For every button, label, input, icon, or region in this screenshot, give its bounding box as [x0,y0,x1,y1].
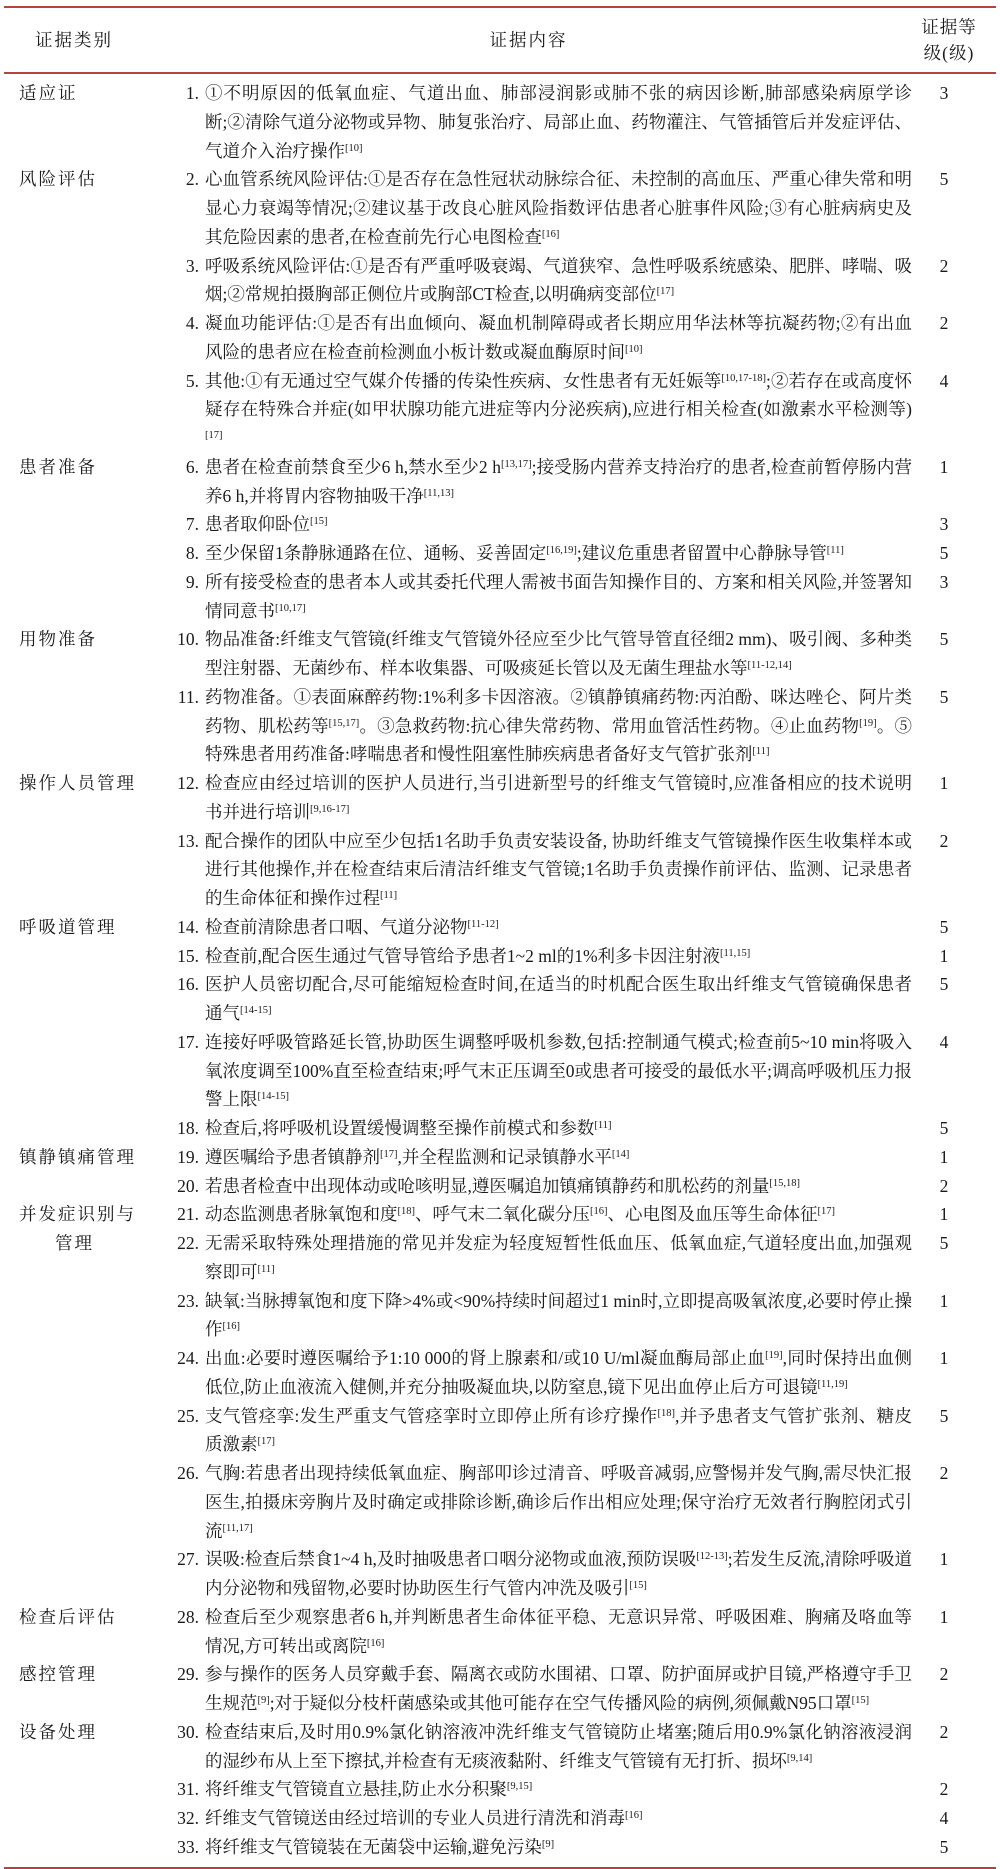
item-content: 配合操作的团队中应至少包括1名助手负责安装设备, 协助纤维支气管镜操作医生收集样… [205,827,912,913]
item-content: 检查应由经过培训的医护人员进行,当引进新型号的纤维支气管镜时,应准备相应的技术说… [205,769,912,827]
category-label-line: 适应证 [19,79,149,108]
category-group: 检查后评估 28. 检查后至少观察患者6 h,并判断患者生命体征平稳、无意识异常… [19,1603,970,1661]
evidence-row: 11. 药物准备。①表面麻醉药物:1%利多卡因溶液。②镇静镇痛药物:丙泊酚、咪达… [149,683,970,769]
evidence-row: 24. 出血:必要时遵医嘱给予1:10 000的肾上腺素和/或10 U/ml凝血… [149,1344,970,1402]
header-category: 证据类别 [19,27,169,53]
evidence-level: 2 [918,1660,970,1689]
category-label: 患者准备 [19,453,149,482]
evidence-row: 33. 将纤维支气管镜装在无菌袋中运输,避免污染[9] 5 [149,1833,970,1862]
evidence-level: 1 [918,1287,970,1316]
item-number: 24. [149,1344,199,1373]
reference-marker: [17] [818,1206,836,1217]
evidence-level: 5 [918,970,970,999]
evidence-level: 2 [918,252,970,281]
evidence-row: 12. 检查应由经过培训的医护人员进行,当引进新型号的纤维支气管镜时,应准备相应… [149,769,970,827]
reference-marker: [11-12,14] [748,660,792,671]
evidence-level: 4 [918,1028,970,1057]
evidence-row: 15. 检查前,配合医生通过气管导管给予患者1~2 ml的1%利多卡因注射液[1… [149,942,970,971]
evidence-row: 10. 物品准备:纤维支气管镜(纤维支气管镜外径应至少比气管导管直径细2 mm)… [149,625,970,683]
item-number: 17. [149,1028,199,1057]
evidence-row: 29. 参与操作的医务人员穿戴手套、隔离衣或防水围裙、口罩、防护面屏或护目镜,严… [149,1660,970,1718]
item-number: 21. [149,1200,199,1229]
item-content: 纤维支气管镜送由经过培训的专业人员进行清洗和消毒[16] [205,1804,912,1833]
evidence-row: 5. 其他:①有无通过空气媒介传播的传染性疾病、女性患者有无妊娠等[10,17-… [149,367,970,453]
item-content: 动态监测患者脉氧饱和度[18]、呼气末二氧化碳分压[16]、心电图及血压等生命体… [205,1200,912,1229]
reference-marker: [10] [625,344,643,355]
reference-marker: [9,15] [507,1781,532,1792]
reference-marker: [16] [590,1206,608,1217]
item-number: 9. [149,568,199,597]
category-group: 风险评估 2. 心血管系统风险评估:①是否存在急性冠状动脉综合征、未控制的高血压… [19,165,970,453]
category-label-line: 患者准备 [19,453,149,482]
category-items: 1. ①不明原因的低氧血症、气道出血、肺部浸润影或肺不张的病因诊断,肺部感染病原… [149,79,970,165]
reference-marker: [19] [765,1350,783,1361]
table-rule-bottom [4,1867,996,1869]
reference-marker: [11,19] [818,1379,848,1390]
category-label-line: 镇静镇痛管理 [19,1143,149,1172]
category-group: 并发症识别与管理 21. 动态监测患者脉氧饱和度[18]、呼气末二氧化碳分压[1… [19,1200,970,1603]
evidence-level: 2 [918,1172,970,1201]
item-content: 检查前清除患者口咽、气道分泌物[11-12] [205,913,912,942]
header-content: 证据内容 [169,27,888,53]
evidence-level: 2 [918,827,970,856]
reference-marker: [11] [752,746,769,757]
item-number: 11. [149,683,199,712]
item-number: 3. [149,252,199,281]
evidence-level: 1 [918,942,970,971]
item-number: 2. [149,165,199,194]
evidence-row: 4. 凝血功能评估:①是否有出血倾向、凝血机制障碍或者长期应用华法林等抗凝药物;… [149,309,970,367]
evidence-row: 13. 配合操作的团队中应至少包括1名助手负责安装设备, 协助纤维支气管镜操作医… [149,827,970,913]
category-items: 12. 检查应由经过培训的医护人员进行,当引进新型号的纤维支气管镜时,应准备相应… [149,769,970,913]
evidence-level: 5 [918,1833,970,1862]
item-content: 连接好呼吸管路延长管,协助医生调整呼吸机参数,包括:控制通气模式;检查前5~10… [205,1028,912,1114]
item-content: 患者取仰卧位[15] [205,510,912,539]
evidence-level: 5 [918,1229,970,1258]
evidence-row: 26. 气胸:若患者出现持续低氧血症、胸部叩诊过清音、呼吸音减弱,应警惕并发气胸… [149,1459,970,1545]
evidence-level: 3 [918,510,970,539]
evidence-level: 3 [918,79,970,108]
item-number: 29. [149,1660,199,1689]
category-label-line: 操作人员管理 [19,769,149,798]
reference-marker: [10,17] [275,603,306,614]
reference-marker: [11,15] [720,948,750,959]
evidence-row: 14. 检查前清除患者口咽、气道分泌物[11-12] 5 [149,913,970,942]
item-number: 5. [149,367,199,396]
category-items: 10. 物品准备:纤维支气管镜(纤维支气管镜外径应至少比气管导管直径细2 mm)… [149,625,970,769]
reference-marker: [16] [542,229,560,240]
category-label: 风险评估 [19,165,149,194]
item-content: 其他:①有无通过空气媒介传播的传染性疾病、女性患者有无妊娠等[10,17-18]… [205,367,912,453]
item-content: 缺氧:当脉搏氧饱和度下降>4%或<90%持续时间超过1 min时,立即提高吸氧浓… [205,1287,912,1345]
evidence-level: 1 [918,1143,970,1172]
evidence-row: 6. 患者在检查前禁食至少6 h,禁水至少2 h[13,17];接受肠内营养支持… [149,453,970,511]
item-number: 14. [149,913,199,942]
evidence-row: 30. 检查结束后,及时用0.9%氯化钠溶液冲洗纤维支气管镜防止堵塞;随后用0.… [149,1718,970,1776]
evidence-row: 21. 动态监测患者脉氧饱和度[18]、呼气末二氧化碳分压[16]、心电图及血压… [149,1200,970,1229]
category-group: 设备处理 30. 检查结束后,及时用0.9%氯化钠溶液冲洗纤维支气管镜防止堵塞;… [19,1718,970,1862]
table-header-row: 证据类别 证据内容 证据等级(级) [0,8,1000,72]
evidence-level: 2 [918,1775,970,1804]
category-label: 感控管理 [19,1660,149,1689]
item-content: 检查前,配合医生通过气管导管给予患者1~2 ml的1%利多卡因注射液[11,15… [205,942,912,971]
item-content: 检查结束后,及时用0.9%氯化钠溶液冲洗纤维支气管镜防止堵塞;随后用0.9%氯化… [205,1718,912,1776]
item-content: 凝血功能评估:①是否有出血倾向、凝血机制障碍或者长期应用华法林等抗凝药物;②有出… [205,309,912,367]
reference-marker: [16,19] [546,545,577,556]
reference-marker: [11] [258,1264,275,1275]
item-content: 所有接受检查的患者本人或其委托代理人需被书面告知操作目的、方案和相关风险,并签署… [205,568,912,626]
category-label: 用物准备 [19,625,149,654]
item-content: 药物准备。①表面麻醉药物:1%利多卡因溶液。②镇静镇痛药物:丙泊酚、咪达唑仑、阿… [205,683,912,769]
item-content: 检查后至少观察患者6 h,并判断患者生命体征平稳、无意识异常、呼吸困难、胸痛及咯… [205,1603,912,1661]
reference-marker: [16] [367,1638,385,1649]
item-number: 4. [149,309,199,338]
reference-marker: [15,17] [329,718,360,729]
item-number: 33. [149,1833,199,1862]
item-number: 10. [149,625,199,654]
category-label: 镇静镇痛管理 [19,1143,149,1172]
reference-marker: [15] [629,1580,647,1591]
evidence-level: 5 [918,1114,970,1143]
reference-marker: [11] [594,1120,611,1131]
reference-marker: [17] [380,1149,398,1160]
reference-marker: [15] [852,1695,870,1706]
evidence-row: 31. 将纤维支气管镜直立悬挂,防止水分积聚[9,15] 2 [149,1775,970,1804]
evidence-level: 5 [918,683,970,712]
item-number: 12. [149,769,199,798]
item-content: 出血:必要时遵医嘱给予1:10 000的肾上腺素和/或10 U/ml凝血酶局部止… [205,1344,912,1402]
evidence-level: 5 [918,1402,970,1431]
reference-marker: [9] [258,1695,270,1706]
category-items: 2. 心血管系统风险评估:①是否存在急性冠状动脉综合征、未控制的高血压、严重心律… [149,165,970,453]
category-label: 设备处理 [19,1718,149,1747]
header-evidence-level: 证据等级(级) [914,14,984,66]
evidence-row: 1. ①不明原因的低氧血症、气道出血、肺部浸润影或肺不张的病因诊断,肺部感染病原… [149,79,970,165]
item-number: 7. [149,510,199,539]
item-number: 1. [149,79,199,108]
reference-marker: [15] [310,516,328,527]
evidence-row: 3. 呼吸系统风险评估:①是否有严重呼吸衰竭、气道狭窄、急性呼吸系统感染、肥胖、… [149,252,970,310]
item-content: 支气管痉挛:发生严重支气管痉挛时立即停止所有诊疗操作[18],并予患者支气管扩张… [205,1402,912,1460]
item-content: ①不明原因的低氧血症、气道出血、肺部浸润影或肺不张的病因诊断,肺部感染病原学诊断… [205,79,912,165]
item-content: 遵医嘱给予患者镇静剂[17],并全程监测和记录镇静水平[14] [205,1143,912,1172]
category-label: 适应证 [19,79,149,108]
item-number: 18. [149,1114,199,1143]
reference-marker: [11-12] [468,919,499,930]
item-content: 无需采取特殊处理措施的常见并发症为轻度短暂性低血压、低氧血症,气道轻度出血,加强… [205,1229,912,1287]
evidence-row: 25. 支气管痉挛:发生严重支气管痉挛时立即停止所有诊疗操作[18],并予患者支… [149,1402,970,1460]
evidence-row: 28. 检查后至少观察患者6 h,并判断患者生命体征平稳、无意识异常、呼吸困难、… [149,1603,970,1661]
item-number: 31. [149,1775,199,1804]
evidence-level: 4 [918,1804,970,1833]
category-group: 感控管理 29. 参与操作的医务人员穿戴手套、隔离衣或防水围裙、口罩、防护面屏或… [19,1660,970,1718]
evidence-row: 20. 若患者检查中出现体动或呛咳明显,遵医嘱追加镇痛镇静药和肌松药的剂量[15… [149,1172,970,1201]
evidence-level: 4 [918,367,970,396]
item-number: 19. [149,1143,199,1172]
category-items: 14. 检查前清除患者口咽、气道分泌物[11-12] 5 15. 检查前,配合医… [149,913,970,1143]
category-items: 6. 患者在检查前禁食至少6 h,禁水至少2 h[13,17];接受肠内营养支持… [149,453,970,626]
category-items: 28. 检查后至少观察患者6 h,并判断患者生命体征平稳、无意识异常、呼吸困难、… [149,1603,970,1661]
reference-marker: [17] [258,1436,276,1447]
reference-marker: [11,17] [223,1523,253,1534]
evidence-level: 3 [918,568,970,597]
evidence-row: 16. 医护人员密切配合,尽可能缩短检查时间,在适当的时机配合医生取出纤维支气管… [149,970,970,1028]
reference-marker: [14] [612,1149,630,1160]
evidence-level: 2 [918,1459,970,1488]
evidence-level: 5 [918,913,970,942]
item-number: 25. [149,1402,199,1431]
reference-marker: [15,18] [769,1178,800,1189]
reference-marker: [9,16-17] [310,804,349,815]
category-label-line: 检查后评估 [19,1603,149,1632]
reference-marker: [16] [625,1810,643,1821]
item-content: 检查后,将呼吸机设置缓慢调整至操作前模式和参数[11] [205,1114,912,1143]
evidence-row: 19. 遵医嘱给予患者镇静剂[17],并全程监测和记录镇静水平[14] 1 [149,1143,970,1172]
item-content: 呼吸系统风险评估:①是否有严重呼吸衰竭、气道狭窄、急性呼吸系统感染、肥胖、哮喘、… [205,252,912,310]
category-label: 呼吸道管理 [19,913,149,942]
evidence-level: 2 [918,1718,970,1747]
item-number: 6. [149,453,199,482]
table-body: 适应证 1. ①不明原因的低氧血症、气道出血、肺部浸润影或肺不张的病因诊断,肺部… [0,74,1000,1862]
evidence-level: 1 [918,1545,970,1574]
reference-marker: [11] [380,890,397,901]
evidence-row: 32. 纤维支气管镜送由经过培训的专业人员进行清洗和消毒[16] 4 [149,1804,970,1833]
evidence-row: 8. 至少保留1条静脉通路在位、通畅、妥善固定[16,19];建议危重患者留置中… [149,539,970,568]
category-label-line: 管理 [19,1229,149,1258]
reference-marker: [9,14] [787,1753,812,1764]
item-content: 误吸:检查后禁食1~4 h,及时抽吸患者口咽分泌物或血液,预防误吸[12-13]… [205,1545,912,1603]
category-label: 操作人员管理 [19,769,149,798]
reference-marker: [14-15] [240,1005,272,1016]
reference-marker: [14-15] [258,1091,290,1102]
reference-marker: [11] [827,545,844,556]
reference-marker: [10,17-18] [721,373,766,384]
item-content: 心血管系统风险评估:①是否存在急性冠状动脉综合征、未控制的高血压、严重心律失常和… [205,165,912,251]
reference-marker: [12-13] [696,1551,728,1562]
item-number: 28. [149,1603,199,1632]
category-items: 29. 参与操作的医务人员穿戴手套、隔离衣或防水围裙、口罩、防护面屏或护目镜,严… [149,1660,970,1718]
category-label: 检查后评估 [19,1603,149,1632]
category-group: 镇静镇痛管理 19. 遵医嘱给予患者镇静剂[17],并全程监测和记录镇静水平[1… [19,1143,970,1201]
reference-marker: [11,13] [424,488,454,499]
evidence-level: 1 [918,1603,970,1632]
item-number: 23. [149,1287,199,1316]
item-content: 医护人员密切配合,尽可能缩短检查时间,在适当的时机配合医生取出纤维支气管镜确保患… [205,970,912,1028]
reference-marker: [19] [859,718,877,729]
category-group: 适应证 1. ①不明原因的低氧血症、气道出血、肺部浸润影或肺不张的病因诊断,肺部… [19,79,970,165]
category-group: 操作人员管理 12. 检查应由经过培训的医护人员进行,当引进新型号的纤维支气管镜… [19,769,970,913]
item-number: 13. [149,827,199,856]
category-label-line: 用物准备 [19,625,149,654]
reference-marker: [18] [658,1408,676,1419]
item-number: 30. [149,1718,199,1747]
item-number: 15. [149,942,199,971]
reference-marker: [10] [345,143,363,154]
evidence-level: 5 [918,625,970,654]
evidence-row: 17. 连接好呼吸管路延长管,协助医生调整呼吸机参数,包括:控制通气模式;检查前… [149,1028,970,1114]
evidence-row: 22. 无需采取特殊处理措施的常见并发症为轻度短暂性低血压、低氧血症,气道轻度出… [149,1229,970,1287]
evidence-level: 1 [918,1344,970,1373]
item-content: 若患者检查中出现体动或呛咳明显,遵医嘱追加镇痛镇静药和肌松药的剂量[15,18] [205,1172,912,1201]
category-label-line: 并发症识别与 [19,1200,149,1229]
category-group: 呼吸道管理 14. 检查前清除患者口咽、气道分泌物[11-12] 5 15. 检… [19,913,970,1143]
evidence-table: 证据类别 证据内容 证据等级(级) 适应证 1. ①不明原因的低氧血症、气道出血… [0,0,1000,1869]
item-number: 22. [149,1229,199,1258]
evidence-row: 23. 缺氧:当脉搏氧饱和度下降>4%或<90%持续时间超过1 min时,立即提… [149,1287,970,1345]
evidence-level: 5 [918,165,970,194]
category-items: 30. 检查结束后,及时用0.9%氯化钠溶液冲洗纤维支气管镜防止堵塞;随后用0.… [149,1718,970,1862]
category-label: 并发症识别与管理 [19,1200,149,1258]
item-content: 将纤维支气管镜直立悬挂,防止水分积聚[9,15] [205,1775,912,1804]
item-content: 气胸:若患者出现持续低氧血症、胸部叩诊过清音、呼吸音减弱,应警惕并发气胸,需尽快… [205,1459,912,1545]
category-label-line: 风险评估 [19,165,149,194]
category-group: 用物准备 10. 物品准备:纤维支气管镜(纤维支气管镜外径应至少比气管导管直径细… [19,625,970,769]
evidence-level: 2 [918,309,970,338]
item-content: 将纤维支气管镜装在无菌袋中运输,避免污染[9] [205,1833,912,1862]
item-content: 患者在检查前禁食至少6 h,禁水至少2 h[13,17];接受肠内营养支持治疗的… [205,453,912,511]
item-content: 至少保留1条静脉通路在位、通畅、妥善固定[16,19];建议危重患者留置中心静脉… [205,539,912,568]
item-number: 16. [149,970,199,999]
reference-marker: [18] [398,1206,416,1217]
reference-marker: [17] [205,430,223,441]
evidence-level: 1 [918,1200,970,1229]
item-content: 参与操作的医务人员穿戴手套、隔离衣或防水围裙、口罩、防护面屏或护目镜,严格遵守手… [205,1660,912,1718]
evidence-row: 18. 检查后,将呼吸机设置缓慢调整至操作前模式和参数[11] 5 [149,1114,970,1143]
category-label-line: 设备处理 [19,1718,149,1747]
item-number: 8. [149,539,199,568]
evidence-level: 1 [918,453,970,482]
evidence-row: 27. 误吸:检查后禁食1~4 h,及时抽吸患者口咽分泌物或血液,预防误吸[12… [149,1545,970,1603]
category-label-line: 呼吸道管理 [19,913,149,942]
item-number: 26. [149,1459,199,1488]
evidence-level: 1 [918,769,970,798]
category-items: 21. 动态监测患者脉氧饱和度[18]、呼气末二氧化碳分压[16]、心电图及血压… [149,1200,970,1603]
item-content: 物品准备:纤维支气管镜(纤维支气管镜外径应至少比气管导管直径细2 mm)、吸引阀… [205,625,912,683]
category-label-line: 感控管理 [19,1660,149,1689]
item-number: 20. [149,1172,199,1201]
evidence-level: 5 [918,539,970,568]
item-number: 32. [149,1804,199,1833]
evidence-row: 2. 心血管系统风险评估:①是否存在急性冠状动脉综合征、未控制的高血压、严重心律… [149,165,970,251]
category-group: 患者准备 6. 患者在检查前禁食至少6 h,禁水至少2 h[13,17];接受肠… [19,453,970,626]
evidence-row: 7. 患者取仰卧位[15] 3 [149,510,970,539]
evidence-row: 9. 所有接受检查的患者本人或其委托代理人需被书面告知操作目的、方案和相关风险,… [149,568,970,626]
reference-marker: [9] [542,1839,554,1850]
reference-marker: [17] [657,286,675,297]
item-number: 27. [149,1545,199,1574]
reference-marker: [16] [223,1321,241,1332]
category-items: 19. 遵医嘱给予患者镇静剂[17],并全程监测和记录镇静水平[14] 1 20… [149,1143,970,1201]
reference-marker: [13,17] [501,459,532,470]
